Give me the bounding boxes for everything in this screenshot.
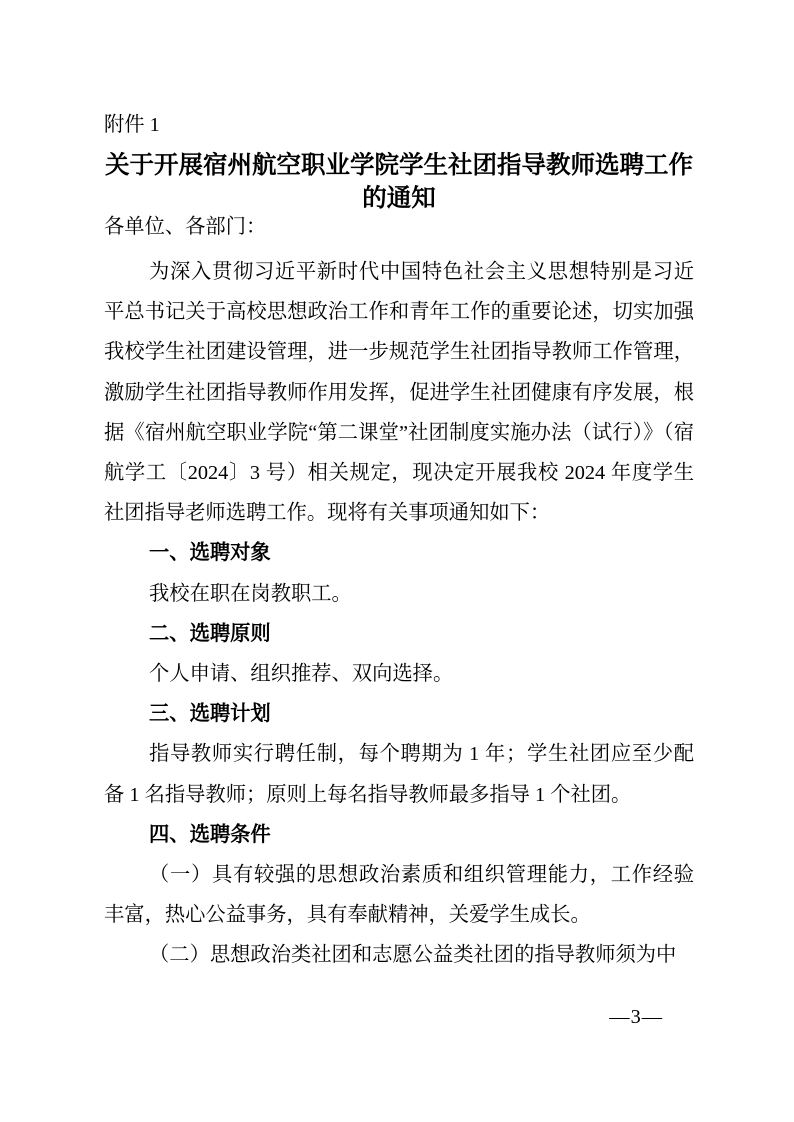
section-2-heading: 二、选聘原则 [104,614,694,654]
section-4-paragraph-1: （一）具有较强的思想政治素质和组织管理能力，工作经验丰富，热心公益事务，具有奉献… [104,855,694,935]
attachment-label: 附件 1 [104,112,160,138]
document-title-line1: 关于开展宿州航空职业学院学生社团指导教师选聘工作 [104,150,694,183]
section-1-paragraph: 我校在职在岗教职工。 [104,574,694,614]
section-3-paragraph: 指导教师实行聘任制，每个聘期为 1 年；学生社团应至少配备 1 名指导教师；原则… [104,734,694,814]
section-4-paragraph-2: （二）思想政治类社团和志愿公益类社团的指导教师须为中 [104,935,694,975]
section-3-heading: 三、选聘计划 [104,694,694,734]
document-page: 附件 1 关于开展宿州航空职业学院学生社团指导教师选聘工作 的通知 各单位、各部… [0,0,794,1122]
document-title: 关于开展宿州航空职业学院学生社团指导教师选聘工作 的通知 [104,150,694,215]
page-number: —3— [609,1004,663,1030]
section-4-heading: 四、选聘条件 [104,815,694,855]
document-title-line2: 的通知 [104,183,694,216]
section-2-paragraph: 个人申请、组织推荐、双向选择。 [104,654,694,694]
intro-paragraph: 为深入贯彻习近平新时代中国特色社会主义思想特别是习近平总书记关于高校思想政治工作… [104,252,694,533]
salutation: 各单位、各部门： [104,212,266,242]
section-1-heading: 一、选聘对象 [104,533,694,573]
document-body: 为深入贯彻习近平新时代中国特色社会主义思想特别是习近平总书记关于高校思想政治工作… [104,252,694,976]
